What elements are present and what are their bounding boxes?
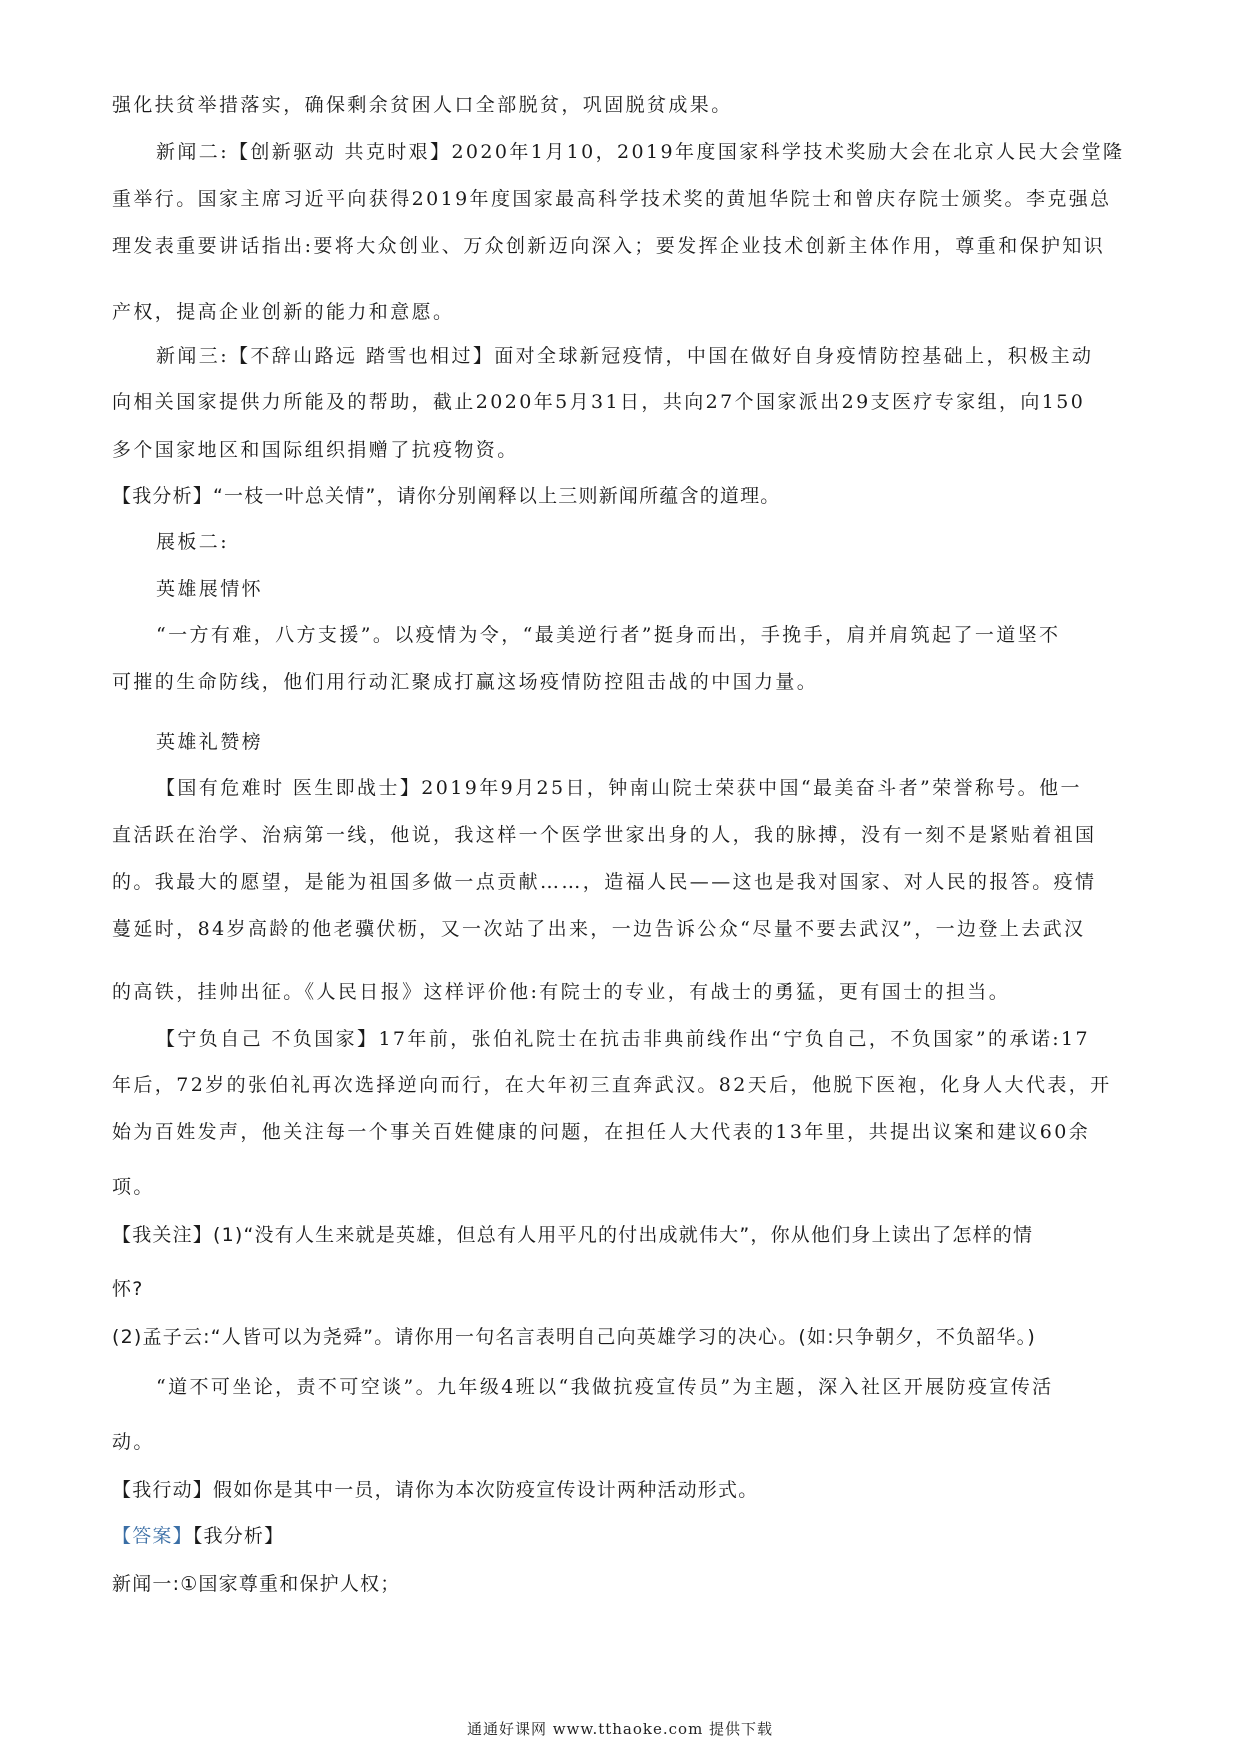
paragraph-line: 项。 — [112, 1175, 1124, 1199]
paragraph-line: “一方有难，八方支援”。以疫情为令，“最美逆行者”挺身而出，手挽手，肩并肩筑起了… — [156, 623, 1124, 647]
answer-heading-line: 【答案】【我分析】 — [112, 1524, 1124, 1548]
page-footer-watermark: 通通好课网 www.tthaoke.com 提供下载 — [0, 1718, 1240, 1739]
paragraph-line: 年后，72岁的张伯礼再次选择逆向而行，在大年初三直奔武汉。82天后，他脱下医袍，… — [112, 1073, 1124, 1097]
answer-section-label: 【我分析】 — [193, 1525, 285, 1547]
paragraph-line: 的。我最大的愿望，是能为祖国多做一点贡献……，造福人民——这也是我对国家、对人民… — [112, 870, 1124, 894]
news-three-heading-line: 新闻三:【不辞山路远 踏雪也相过】面对全球新冠疫情，中国在做好自身疫情防控基础上… — [156, 344, 1124, 368]
document-page: 强化扶贫举措落实，确保剩余贫困人口全部脱贫，巩固脱贫成果。 新闻二:【创新驱动 … — [0, 0, 1240, 1754]
news-two-heading-line: 新闻二:【创新驱动 共克时艰】2020年1月10，2019年度国家科学技术奖励大… — [156, 140, 1124, 164]
paragraph-line: 蔓延时，84岁高龄的他老骥伏枥，又一次站了出来，一边告诉公众“尽量不要去武汉”，… — [112, 917, 1124, 941]
question-part-two: (2)孟子云:“人皆可以为尧舜”。请你用一句名言表明自己向英雄学习的决心。(如:… — [112, 1325, 1124, 1349]
question-my-analysis: 【我分析】“一枝一叶总关情”，请你分别阐释以上三则新闻所蕴含的道理。 — [112, 484, 1124, 508]
paragraph-line: 理发表重要讲话指出:要将大众创业、万众创新迈向深入；要发挥企业技术创新主体作用，… — [112, 234, 1124, 258]
paragraph-line: 重举行。国家主席习近平向获得2019年度国家最高科学技术奖的黄旭华院士和曾庆存院… — [112, 187, 1124, 211]
paragraph-line: 动。 — [112, 1430, 1124, 1454]
answer-tag: 【答案】 — [112, 1525, 193, 1547]
section-heading-hero-honor-list: 英雄礼赞榜 — [156, 730, 1124, 754]
paragraph-line: 的高铁，挂帅出征。《人民日报》这样评价他:有院士的专业，有战士的勇猛，更有国士的… — [112, 980, 1124, 1004]
question-my-focus: 【我关注】(1)“没有人生来就是英雄，但总有人用平凡的付出成就伟大”，你从他们身… — [112, 1223, 1124, 1247]
hero-two-heading-line: 【宁负自己 不负国家】17年前，张伯礼院士在抗击非典前线作出“宁负自己，不负国家… — [156, 1027, 1124, 1051]
paragraph-line: 强化扶贫举措落实，确保剩余贫困人口全部脱贫，巩固脱贫成果。 — [112, 93, 1124, 117]
paragraph-line: 怀? — [112, 1277, 1124, 1301]
paragraph-line: 直活跃在治学、治病第一线，他说，我这样一个医学世家出身的人，我的脉搏，没有一刻不… — [112, 823, 1124, 847]
paragraph-line: 多个国家地区和国际组织捐赠了抗疫物资。 — [112, 438, 1124, 462]
hero-one-heading-line: 【国有危难时 医生即战士】2019年9月25日，钟南山院士荣获中国“最美奋斗者”… — [156, 776, 1124, 800]
paragraph-line: 可摧的生命防线，他们用行动汇聚成打赢这场疫情防控阻击战的中国力量。 — [112, 670, 1124, 694]
paragraph-line: 始为百姓发声，他关注每一个事关百姓健康的问题，在担任人大代表的13年里，共提出议… — [112, 1120, 1124, 1144]
section-heading-hero-sentiment: 英雄展情怀 — [156, 577, 1124, 601]
question-my-action: 【我行动】假如你是其中一员，请你为本次防疫宣传设计两种活动形式。 — [112, 1478, 1124, 1502]
paragraph-line: 产权，提高企业创新的能力和意愿。 — [112, 300, 1124, 324]
board-two-heading: 展板二: — [156, 530, 1124, 554]
answer-line: 新闻一:①国家尊重和保护人权； — [112, 1572, 1124, 1596]
paragraph-line: 向相关国家提供力所能及的帮助，截止2020年5月31日，共向27个国家派出29支… — [112, 390, 1124, 414]
paragraph-line: “道不可坐论，责不可空谈”。九年级4班以“我做抗疫宣传员”为主题，深入社区开展防… — [156, 1375, 1124, 1399]
